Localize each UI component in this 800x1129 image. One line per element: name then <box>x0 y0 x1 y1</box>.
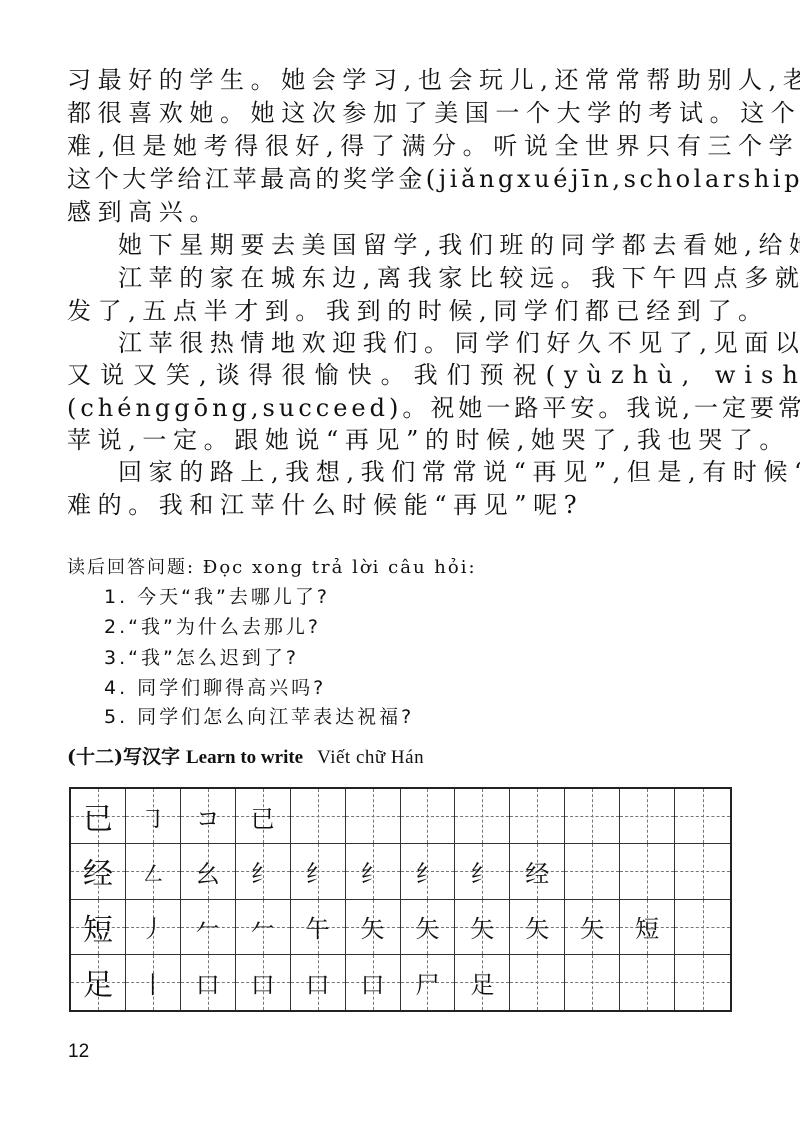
grid-cell: 幺 <box>181 844 236 899</box>
passage-line: 难,但是她考得很好,得了满分。听说全世界只有三个学生得满分。 <box>67 130 800 162</box>
grid-cell: 尸 <box>401 955 456 1010</box>
stroke-step: 纟 <box>415 854 439 889</box>
model-character: 经 <box>83 849 113 893</box>
stroke-step: 纟 <box>470 854 494 889</box>
grid-cell <box>346 789 401 844</box>
stroke-step: 矢 <box>415 909 439 944</box>
passage-line: 她下星期要去美国留学,我们班的同学都去看她,给她送行。 <box>118 229 800 261</box>
question-item: 5. 同学们怎么向江苹表达祝福? <box>104 704 414 730</box>
grid-cell <box>401 789 456 844</box>
stroke-step: 矢 <box>525 909 549 944</box>
stroke-step: 短 <box>635 909 659 944</box>
passage-line: 回家的路上,我想,我们常常说“再见”,但是,有时候“再见”是很 <box>118 456 800 488</box>
model-character: 短 <box>83 905 113 949</box>
grid-cell: 矢 <box>510 900 565 955</box>
section-title-english: Learn to write <box>186 747 303 768</box>
grid-cell: 丿 <box>126 900 181 955</box>
grid-cell: 足 <box>455 955 510 1010</box>
grid-cell: 矢 <box>346 900 401 955</box>
grid-cell: 纟 <box>455 844 510 899</box>
stroke-step: 矢 <box>470 909 494 944</box>
grid-cell <box>455 789 510 844</box>
grid-cell: 矢 <box>455 900 510 955</box>
passage-line: 江苹的家在城东边,离我家比较远。我下午四点多就从家里出 <box>118 262 800 294</box>
grid-cell: 已 <box>236 789 291 844</box>
model-character: 足 <box>83 960 113 1004</box>
model-character: 已 <box>83 794 113 838</box>
question-item: 4. 同学们聊得高兴吗? <box>104 675 326 701</box>
grid-cell: コ <box>181 789 236 844</box>
question-item: 3.“我”怎么迟到了? <box>104 645 299 671</box>
grid-cell <box>510 955 565 1010</box>
grid-cell <box>510 789 565 844</box>
grid-cell: 短 <box>71 900 126 955</box>
grid-cell: 纟 <box>401 844 456 899</box>
stroke-step: 午 <box>306 909 330 944</box>
stroke-step: 口 <box>196 965 220 1000</box>
passage-line: 苹说,一定。跟她说“再见”的时候,她哭了,我也哭了。 <box>67 424 790 456</box>
stroke-step: 纟 <box>251 854 275 889</box>
passage-line: 难的。我和江苹什么时候能“再见”呢? <box>67 489 583 521</box>
passage-line: 习最好的学生。她会学习,也会玩儿,还常常帮助别人,老师和同学 <box>67 64 800 96</box>
grid-cell <box>675 955 730 1010</box>
grid-cell: 丨 <box>126 955 181 1010</box>
stroke-step: 𠂉 <box>251 909 275 944</box>
grid-cell <box>565 955 620 1010</box>
grid-cell: 口 <box>346 955 401 1010</box>
grid-cell: 𠂉 <box>236 900 291 955</box>
grid-cell: 口 <box>291 955 346 1010</box>
grid-cell <box>620 789 675 844</box>
grid-cell <box>620 955 675 1010</box>
passage-line: 又说又笑,谈得很愉快。我们预祝(yùzhù, wish)江苹成功 <box>67 359 800 391</box>
stroke-step: 矢 <box>580 909 604 944</box>
stroke-step: 已 <box>251 799 275 834</box>
section-number: (十二)写汉字 <box>67 746 180 768</box>
stroke-step: 尸 <box>415 965 439 1000</box>
stroke-step: 丿 <box>141 909 165 944</box>
stroke-step: 口 <box>306 965 330 1000</box>
grid-cell <box>675 844 730 899</box>
section-title-vietnamese: Viết chữ Hán <box>317 747 424 768</box>
grid-cell: 矢 <box>401 900 456 955</box>
stroke-step: ㇆ <box>141 799 165 834</box>
passage-line: (chénggōng,succeed)。祝她一路平安。我说,一定要常来信啊。江 <box>67 392 800 424</box>
stroke-step: 足 <box>470 965 494 1000</box>
page-number: 12 <box>68 1041 89 1063</box>
questions-heading: 读后回答问题: Đọc xong trả lời câu hỏi: <box>67 555 477 581</box>
grid-cell: 已 <box>71 789 126 844</box>
grid-cell: 午 <box>291 900 346 955</box>
stroke-step: 丨 <box>141 965 165 1000</box>
passage-line: 发了,五点半才到。我到的时候,同学们都已经到了。 <box>67 295 769 327</box>
stroke-step: コ <box>196 799 220 834</box>
grid-cell <box>565 844 620 899</box>
passage-line: 都很喜欢她。她这次参加了美国一个大学的考试。这个考试非常 <box>67 97 800 129</box>
grid-cell <box>675 789 730 844</box>
stroke-step: 口 <box>251 965 275 1000</box>
grid-cell: 口 <box>236 955 291 1010</box>
passage-line: 感到高兴。 <box>67 196 220 228</box>
stroke-step: 纟 <box>306 854 330 889</box>
passage-line: 这个大学给江苹最高的奖学金(jiǎngxuéjīn,scholarship)。我… <box>67 163 800 195</box>
question-item: 1. 今天“我”去哪儿了? <box>104 584 330 610</box>
question-item: 2.“我”为什么去那儿? <box>104 614 321 640</box>
grid-cell: 口 <box>181 955 236 1010</box>
grid-cell: 矢 <box>565 900 620 955</box>
grid-cell: 足 <box>71 955 126 1010</box>
grid-cell: 纟 <box>236 844 291 899</box>
stroke-step: 幺 <box>196 854 220 889</box>
grid-cell: 纟 <box>291 844 346 899</box>
stroke-step: 𠂉 <box>196 909 220 944</box>
grid-cell: 纟 <box>346 844 401 899</box>
section-title: (十二)写汉字Learn to writeViết chữ Hán <box>67 743 424 772</box>
grid-cell: ㇆ <box>126 789 181 844</box>
grid-cell <box>620 844 675 899</box>
stroke-step: 纟 <box>361 854 385 889</box>
stroke-step: 口 <box>361 965 385 1000</box>
grid-cell: 𠂉 <box>181 900 236 955</box>
stroke-step: 矢 <box>361 909 385 944</box>
grid-cell: 短 <box>620 900 675 955</box>
grid-cell <box>291 789 346 844</box>
stroke-step: 经 <box>525 854 549 889</box>
grid-cell <box>675 900 730 955</box>
grid-cell <box>565 789 620 844</box>
grid-cell: 经 <box>71 844 126 899</box>
passage-line: 江苹很热情地欢迎我们。同学们好久不见了,见面以后高兴得 <box>118 327 800 359</box>
stroke-step: ㇜ <box>141 854 165 889</box>
grid-cell: 经 <box>510 844 565 899</box>
grid-cell: ㇜ <box>126 844 181 899</box>
character-practice-grid: 已㇆コ已经㇜幺纟纟纟纟纟经短丿𠂉𠂉午矢矢矢矢矢短足丨口口口口尸足 <box>69 787 732 1012</box>
